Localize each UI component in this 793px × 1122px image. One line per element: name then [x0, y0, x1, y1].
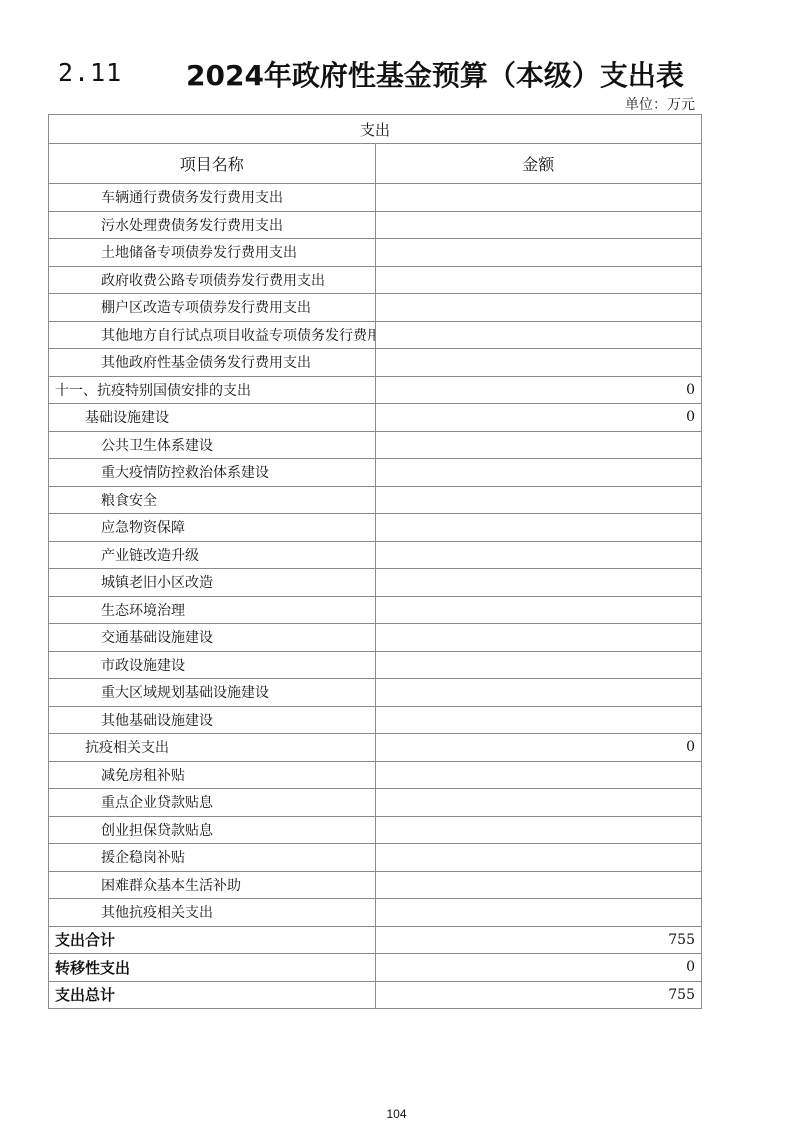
column-header-row: 项目名称 金额 [49, 144, 702, 184]
unit-label: 单位：万元 [625, 94, 695, 114]
row-amount [375, 596, 702, 624]
table-row: 城镇老旧小区改造 [49, 569, 702, 597]
column-header-name: 项目名称 [49, 144, 376, 184]
group-header-row: 支出 [49, 115, 702, 144]
row-amount [375, 266, 702, 294]
row-amount: 0 [375, 404, 702, 432]
row-name: 政府收费公路专项债券发行费用支出 [49, 266, 376, 294]
row-name: 抗疫相关支出 [49, 734, 376, 762]
row-name: 市政设施建设 [49, 651, 376, 679]
page-number: 104 [0, 1107, 793, 1121]
table-row: 其他地方自行试点项目收益专项债务发行费用支出 [49, 321, 702, 349]
row-name: 十一、抗疫特别国债安排的支出 [49, 376, 376, 404]
table-row: 粮食安全 [49, 486, 702, 514]
row-amount [375, 789, 702, 817]
row-amount [375, 321, 702, 349]
total-row: 支出合计755 [49, 926, 702, 954]
row-amount [375, 624, 702, 652]
expenditure-table: 支出 项目名称 金额 车辆通行费债务发行费用支出污水处理费债务发行费用支出土地储… [48, 114, 702, 1009]
row-name: 其他地方自行试点项目收益专项债务发行费用支出 [49, 321, 376, 349]
table-row: 援企稳岗补贴 [49, 844, 702, 872]
row-amount [375, 899, 702, 927]
row-amount [375, 211, 702, 239]
table-row: 土地储备专项债券发行费用支出 [49, 239, 702, 267]
row-amount [375, 679, 702, 707]
row-name: 重点企业贷款贴息 [49, 789, 376, 817]
row-amount [375, 651, 702, 679]
row-amount: 0 [375, 734, 702, 762]
section-number: 2.11 [58, 58, 122, 87]
total-amount: 755 [375, 981, 702, 1009]
row-amount [375, 349, 702, 377]
table-row: 公共卫生体系建设 [49, 431, 702, 459]
page-title: 2024年政府性基金预算（本级）支出表 [186, 54, 684, 94]
table-row: 创业担保贷款贴息 [49, 816, 702, 844]
row-amount [375, 184, 702, 212]
row-name: 公共卫生体系建设 [49, 431, 376, 459]
row-amount [375, 459, 702, 487]
table-row: 困难群众基本生活补助 [49, 871, 702, 899]
row-name: 创业担保贷款贴息 [49, 816, 376, 844]
column-header-amount: 金额 [375, 144, 702, 184]
table-row: 污水处理费债务发行费用支出 [49, 211, 702, 239]
row-name: 粮食安全 [49, 486, 376, 514]
row-amount [375, 816, 702, 844]
table-row: 重大区域规划基础设施建设 [49, 679, 702, 707]
row-name: 其他基础设施建设 [49, 706, 376, 734]
group-header: 支出 [49, 115, 702, 144]
total-row: 支出总计755 [49, 981, 702, 1009]
table-row: 基础设施建设0 [49, 404, 702, 432]
table-row: 十一、抗疫特别国债安排的支出0 [49, 376, 702, 404]
total-amount: 0 [375, 954, 702, 982]
table-row: 市政设施建设 [49, 651, 702, 679]
row-name: 援企稳岗补贴 [49, 844, 376, 872]
row-name: 棚户区改造专项债券发行费用支出 [49, 294, 376, 322]
total-amount: 755 [375, 926, 702, 954]
row-name: 困难群众基本生活补助 [49, 871, 376, 899]
table-row: 产业链改造升级 [49, 541, 702, 569]
row-name: 重大疫情防控救治体系建设 [49, 459, 376, 487]
table-row: 政府收费公路专项债券发行费用支出 [49, 266, 702, 294]
table-row: 生态环境治理 [49, 596, 702, 624]
row-name: 污水处理费债务发行费用支出 [49, 211, 376, 239]
row-amount: 0 [375, 376, 702, 404]
row-amount [375, 239, 702, 267]
table-row: 重点企业贷款贴息 [49, 789, 702, 817]
total-name: 支出总计 [49, 981, 376, 1009]
row-name: 其他政府性基金债务发行费用支出 [49, 349, 376, 377]
row-name: 车辆通行费债务发行费用支出 [49, 184, 376, 212]
total-row: 转移性支出0 [49, 954, 702, 982]
row-amount [375, 294, 702, 322]
row-name: 其他抗疫相关支出 [49, 899, 376, 927]
row-name: 产业链改造升级 [49, 541, 376, 569]
table-row: 其他政府性基金债务发行费用支出 [49, 349, 702, 377]
table-row: 车辆通行费债务发行费用支出 [49, 184, 702, 212]
row-name: 土地储备专项债券发行费用支出 [49, 239, 376, 267]
table-row: 减免房租补贴 [49, 761, 702, 789]
row-name: 应急物资保障 [49, 514, 376, 542]
table-row: 其他基础设施建设 [49, 706, 702, 734]
row-name: 减免房租补贴 [49, 761, 376, 789]
row-amount [375, 569, 702, 597]
row-amount [375, 431, 702, 459]
row-name: 重大区域规划基础设施建设 [49, 679, 376, 707]
row-name: 生态环境治理 [49, 596, 376, 624]
row-amount [375, 706, 702, 734]
row-amount [375, 871, 702, 899]
total-name: 支出合计 [49, 926, 376, 954]
row-amount [375, 514, 702, 542]
table-row: 其他抗疫相关支出 [49, 899, 702, 927]
table-row: 应急物资保障 [49, 514, 702, 542]
row-amount [375, 761, 702, 789]
row-amount [375, 486, 702, 514]
row-name: 城镇老旧小区改造 [49, 569, 376, 597]
row-name: 交通基础设施建设 [49, 624, 376, 652]
total-name: 转移性支出 [49, 954, 376, 982]
row-amount [375, 541, 702, 569]
table-row: 交通基础设施建设 [49, 624, 702, 652]
table-row: 棚户区改造专项债券发行费用支出 [49, 294, 702, 322]
row-name: 基础设施建设 [49, 404, 376, 432]
row-amount [375, 844, 702, 872]
table-row: 抗疫相关支出0 [49, 734, 702, 762]
table-row: 重大疫情防控救治体系建设 [49, 459, 702, 487]
